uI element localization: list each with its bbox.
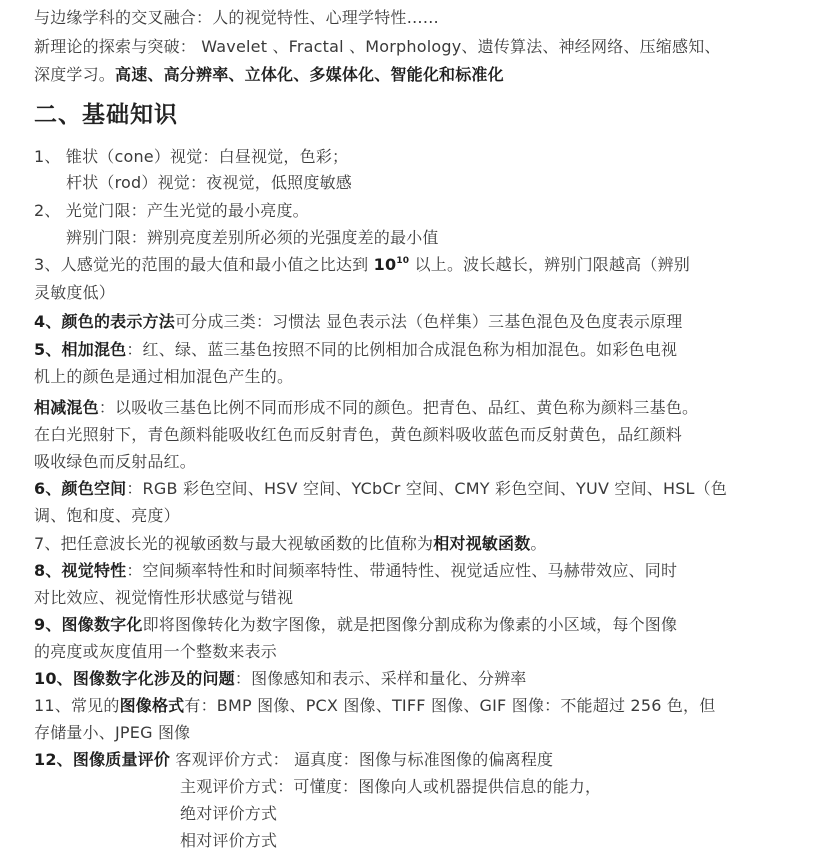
- text: 调、饱和度、亮度）: [34, 506, 180, 525]
- text: ：RGB 彩色空间、HSV 空间、YCbCr 空间、CMY 彩色空间、YUV 空…: [126, 479, 727, 498]
- text: 。: [530, 534, 546, 553]
- text: 7、把任意波长光的视敏函数与最大视敏函数的比值称为: [34, 534, 433, 553]
- text: 杆状（rod）视觉：夜视觉，低照度敏感: [66, 173, 352, 192]
- text: 的亮度或灰度值用一个整数来表示: [34, 642, 277, 661]
- term: 图像数字化涉及的问题: [73, 669, 235, 688]
- item-11-line-2: 存储量小、JPEG 图像: [34, 721, 190, 745]
- item-12-line-4: 相对评价方式: [180, 829, 277, 853]
- power-base: 10: [374, 255, 397, 274]
- item-number: 10、: [34, 669, 73, 688]
- subtractive-line-1: 相减混色：以吸收三基色比例不同而形成不同的颜色。把青色、品红、黄色称为颜料三基色…: [34, 396, 698, 420]
- item-2-line-2: 辨别门限：辨别亮度差别所必须的光强度差的最小值: [66, 226, 439, 250]
- subtractive-line-3: 吸收绿色而反射品红。: [34, 450, 196, 474]
- item-number: 5、: [34, 340, 62, 359]
- item-12-line-1: 12、图像质量评价 客观评价方式： 逼真度：图像与标准图像的偏离程度: [34, 748, 553, 772]
- subtractive-line-2: 在白光照射下，青色颜料能吸收红色而反射青色，黄色颜料吸收蓝色而反射黄色，品红颜料: [34, 423, 682, 447]
- text: ：以吸收三基色比例不同而形成不同的颜色。把青色、品红、黄色称为颜料三基色。: [99, 398, 698, 417]
- item-1-line-1: 1、 锥状（cone）视觉：白昼视觉，色彩；: [34, 145, 348, 169]
- item-8-line-2: 对比效应、视觉惰性形状感觉与错视: [34, 586, 293, 610]
- text: 即将图像转化为数字图像，就是把图像分割成称为像素的小区域，每个图像: [143, 615, 678, 634]
- term: 颜色空间: [62, 479, 127, 498]
- item-11-line-1: 11、常见的图像格式有：BMP 图像、PCX 图像、TIFF 图像、GIF 图像…: [34, 694, 715, 718]
- intro-line-3: 深度学习。高速、高分辨率、立体化、多媒体化、智能化和标准化: [34, 63, 504, 87]
- text: 11、常见的: [34, 696, 120, 715]
- intro-line-1: 与边缘学科的交叉融合：人的视觉特性、心理学特性……: [34, 6, 439, 30]
- bold-text: 高速、高分辨率、立体化、多媒体化、智能化和标准化: [115, 65, 504, 84]
- text: ：红、绿、蓝三基色按照不同的比例相加合成混色称为相加混色。如彩色电视: [126, 340, 677, 359]
- item-7-line-1: 7、把任意波长光的视敏函数与最大视敏函数的比值称为相对视敏函数。: [34, 532, 547, 556]
- term: 相对视敏函数: [433, 534, 530, 553]
- term: 相减混色: [34, 398, 99, 417]
- text: 存储量小、JPEG 图像: [34, 723, 190, 742]
- item-3-line-2: 灵敏度低）: [34, 281, 115, 305]
- text: 辨别门限：辨别亮度差别所必须的光强度差的最小值: [66, 228, 439, 247]
- item-2-line-1: 2、 光觉门限：产生光觉的最小亮度。: [34, 199, 309, 223]
- item-5-line-2: 机上的颜色是通过相加混色产生的。: [34, 365, 293, 389]
- term: 颜色的表示方法: [62, 312, 175, 331]
- item-number: 6、: [34, 479, 62, 498]
- term: 相加混色: [62, 340, 127, 359]
- text: 绝对评价方式: [180, 804, 277, 823]
- text: 灵敏度低）: [34, 283, 115, 302]
- section-title: 二、基础知识: [34, 98, 178, 132]
- text: ：空间频率特性和时间频率特性、带通特性、视觉适应性、马赫带效应、同时: [126, 561, 677, 580]
- text: 可分成三类：习惯法 显色表示法（色样集）三基色混色及色度表示原理: [175, 312, 683, 331]
- item-1-line-2: 杆状（rod）视觉：夜视觉，低照度敏感: [66, 171, 352, 195]
- text: ：图像感知和表示、采样和量化、分辨率: [235, 669, 527, 688]
- text: 1、 锥状（cone）视觉：白昼视觉，色彩；: [34, 147, 348, 166]
- text: 对比效应、视觉惰性形状感觉与错视: [34, 588, 293, 607]
- text: 相对评价方式: [180, 831, 277, 850]
- item-number: 12、: [34, 750, 73, 769]
- text: 有：BMP 图像、PCX 图像、TIFF 图像、GIF 图像：不能超过 256 …: [184, 696, 715, 715]
- text: 在白光照射下，青色颜料能吸收红色而反射青色，黄色颜料吸收蓝色而反射黄色，品红颜料: [34, 425, 682, 444]
- text: 主观评价方式：可懂度：图像向人或机器提供信息的能力，: [180, 777, 601, 796]
- item-4-line-1: 4、颜色的表示方法可分成三类：习惯法 显色表示法（色样集）三基色混色及色度表示原…: [34, 310, 682, 334]
- item-8-line-1: 8、视觉特性：空间频率特性和时间频率特性、带通特性、视觉适应性、马赫带效应、同时: [34, 559, 677, 583]
- text: 客观评价方式： 逼真度：图像与标准图像的偏离程度: [170, 750, 553, 769]
- item-number: 9、: [34, 615, 62, 634]
- term: 图像格式: [120, 696, 185, 715]
- term: 视觉特性: [62, 561, 127, 580]
- power-exponent: 10: [396, 256, 409, 266]
- item-5-line-1: 5、相加混色：红、绿、蓝三基色按照不同的比例相加合成混色称为相加混色。如彩色电视: [34, 338, 677, 362]
- item-9-line-2: 的亮度或灰度值用一个整数来表示: [34, 640, 277, 664]
- text: 吸收绿色而反射品红。: [34, 452, 196, 471]
- text: 新理论的探索与突破： Wavelet 、Fractal 、Morphology、…: [34, 37, 721, 56]
- item-number: 4、: [34, 312, 62, 331]
- item-6-line-2: 调、饱和度、亮度）: [34, 504, 180, 528]
- text: 与边缘学科的交叉融合：人的视觉特性、心理学特性……: [34, 8, 439, 27]
- term: 图像质量评价: [73, 750, 170, 769]
- item-3-line-1: 3、人感觉光的范围的最大值和最小值之比达到 1010 以上。波长越长，辨别门限越…: [34, 253, 690, 277]
- item-12-line-2: 主观评价方式：可懂度：图像向人或机器提供信息的能力，: [180, 775, 601, 799]
- term: 图像数字化: [62, 615, 143, 634]
- item-9-line-1: 9、图像数字化即将图像转化为数字图像，就是把图像分割成称为像素的小区域，每个图像: [34, 613, 677, 637]
- item-6-line-1: 6、颜色空间：RGB 彩色空间、HSV 空间、YCbCr 空间、CMY 彩色空间…: [34, 477, 727, 501]
- item-12-line-3: 绝对评价方式: [180, 802, 277, 826]
- item-number: 8、: [34, 561, 62, 580]
- text: 3、人感觉光的范围的最大值和最小值之比达到: [34, 255, 374, 274]
- text: 深度学习。: [34, 65, 115, 84]
- text: 2、 光觉门限：产生光觉的最小亮度。: [34, 201, 309, 220]
- text: 机上的颜色是通过相加混色产生的。: [34, 367, 293, 386]
- intro-line-2: 新理论的探索与突破： Wavelet 、Fractal 、Morphology、…: [34, 35, 721, 59]
- item-10-line-1: 10、图像数字化涉及的问题：图像感知和表示、采样和量化、分辨率: [34, 667, 527, 691]
- text: 以上。波长越长，辨别门限越高（辨别: [409, 255, 690, 274]
